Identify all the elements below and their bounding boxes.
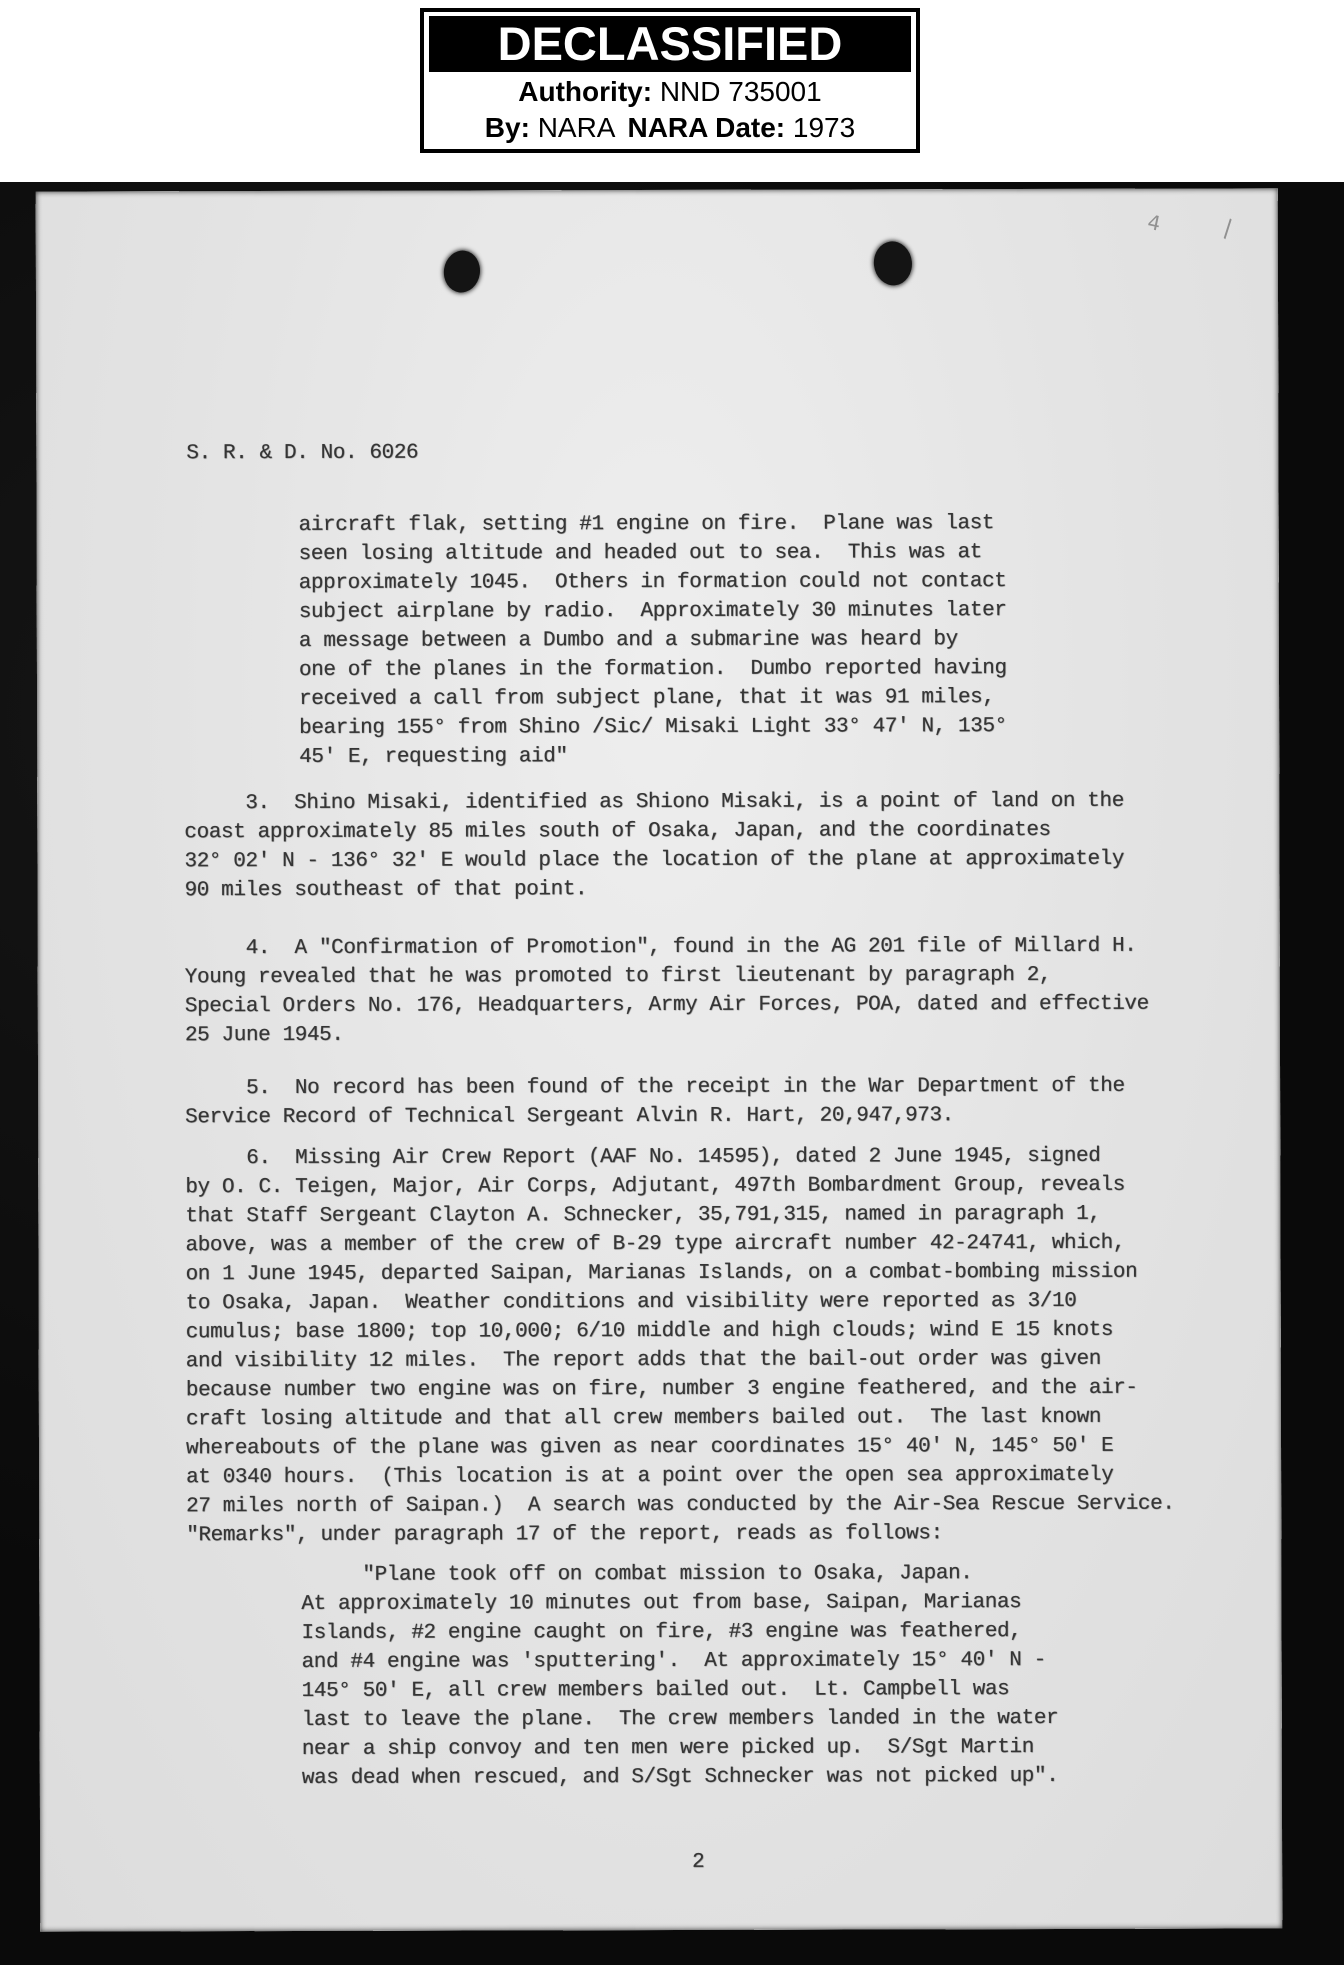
pencil-mark: \: [1217, 215, 1240, 243]
paragraph-4: 4. A "Confirmation of Promotion", found …: [185, 932, 1149, 1051]
punch-hole-right: [872, 239, 914, 287]
document-number: S. R. & D. No. 6026: [186, 439, 418, 469]
scan-top-margin: DECLASSIFIED Authority: NND 735001 By: N…: [0, 0, 1344, 182]
quoted-report-excerpt-1: aircraft flak, setting #1 engine on fire…: [299, 509, 1007, 772]
quoted-report-excerpt-2: "Plane took off on combat mission to Osa…: [301, 1559, 1058, 1793]
authority-line: Authority: NND 735001: [424, 74, 916, 110]
paragraph-3: 3. Shino Misaki, identified as Shiono Mi…: [184, 787, 1124, 905]
nara-date-label: NARA Date:: [627, 112, 785, 143]
by-value: NARA: [538, 112, 616, 143]
page-number: 2: [692, 1848, 704, 1877]
document-page: 4 \ S. R. & D. No. 6026 aircraft flak, s…: [36, 188, 1283, 1931]
paragraph-5: 5. No record has been found of the recei…: [185, 1072, 1125, 1132]
punch-hole-left: [441, 248, 482, 295]
declassified-title: DECLASSIFIED: [498, 17, 843, 70]
declassified-banner: DECLASSIFIED: [429, 16, 911, 72]
paragraph-6: 6. Missing Air Crew Report (AAF No. 1459…: [185, 1142, 1174, 1551]
declassified-stamp: DECLASSIFIED Authority: NND 735001 By: N…: [420, 8, 920, 153]
authority-label: Authority:: [518, 76, 652, 107]
pencil-mark: 4: [1145, 210, 1162, 236]
by-date-line: By: NARANARA Date: 1973: [424, 110, 916, 146]
authority-value: NND 735001: [660, 76, 822, 107]
scanner-background: 4 \ S. R. & D. No. 6026 aircraft flak, s…: [0, 182, 1344, 1965]
nara-date-value: 1973: [793, 112, 855, 143]
by-label: By:: [485, 112, 530, 143]
